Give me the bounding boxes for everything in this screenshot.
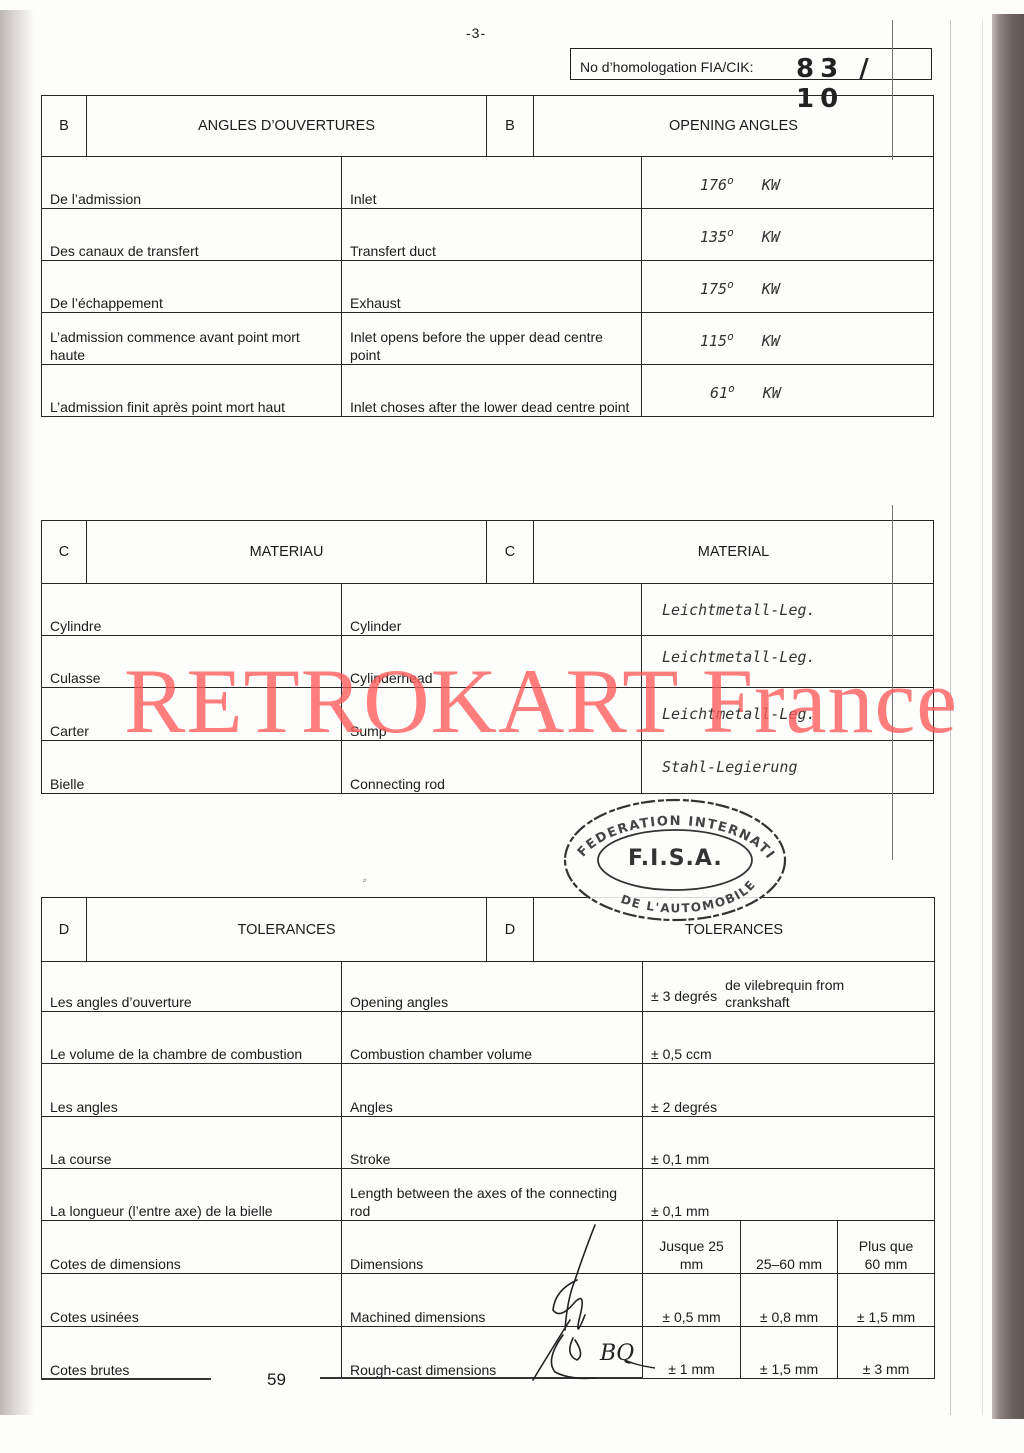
- table-row: De l’échappement Exhaust 175oKW: [42, 261, 934, 313]
- row-label-fr: De l’échappement: [42, 261, 342, 313]
- section-title-en: MATERIAL: [534, 521, 934, 584]
- row-label-en: Stroke: [342, 1117, 643, 1169]
- row-label-en: Inlet opens before the upper dead centre…: [342, 313, 642, 365]
- table-row: La longueur (l’entre axe) de la bielle L…: [42, 1169, 935, 1221]
- row-value: Leichtmetall-Leg.: [642, 584, 934, 636]
- row-label-fr: L’admission commence avant point mort ha…: [42, 313, 342, 365]
- table-row: Culasse Cylinderhead Leichtmetall-Leg.: [42, 636, 934, 688]
- row-value: Leichtmetall-Leg.: [642, 688, 934, 741]
- row-label-en: Exhaust: [342, 261, 642, 313]
- dimension-value: ± 3 mm: [838, 1327, 935, 1379]
- row-value: ± 0,5 ccm: [643, 1012, 935, 1064]
- row-label-fr: Les angles d’ouverture: [42, 962, 342, 1012]
- section-letter: B: [487, 96, 534, 157]
- dimensions-header-row: Cotes de dimensions Dimensions Jusque 25…: [42, 1221, 935, 1274]
- row-label-fr: Cotes usinées: [42, 1274, 342, 1327]
- section-d-tolerances: D TOLERANCES D TOLERANCES Les angles d’o…: [41, 897, 935, 1379]
- homologation-label: No d’homologation FIA/CIK:: [580, 59, 754, 75]
- row-label-fr: Des canaux de transfert: [42, 209, 342, 261]
- signature-icon: BQ: [515, 1220, 665, 1390]
- scan-left-shadow: [0, 10, 34, 1415]
- table-row: La course Stroke ± 0,1 mm: [42, 1117, 935, 1169]
- scan-mark-line: [892, 20, 893, 160]
- table-row: Des canaux de transfert Transfert duct 1…: [42, 209, 934, 261]
- section-letter: C: [42, 521, 87, 584]
- row-label-fr: Carter: [42, 688, 342, 741]
- row-value: ± 3 degrés de vilebrequin from crankshaf…: [643, 962, 935, 1012]
- section-letter: C: [487, 521, 534, 584]
- row-label-en: Inlet: [342, 157, 642, 209]
- row-label-fr: L’admission finit après point mort haut: [42, 365, 342, 417]
- section-title-en: OPENING ANGLES: [534, 96, 934, 157]
- row-label-fr: La longueur (l’entre axe) de la bielle: [42, 1169, 342, 1221]
- dimension-column-header: Plus que 60 mm: [838, 1221, 935, 1274]
- row-label-en: Inlet choses after the lower dead centre…: [342, 365, 642, 417]
- page-number: -3-: [466, 25, 486, 41]
- row-label-en: Connecting rod: [342, 741, 642, 794]
- scan-speck: ⸗: [363, 875, 366, 886]
- scan-fold-line: [950, 20, 951, 1415]
- footer-page-number: 59: [267, 1370, 286, 1390]
- row-value: ± 0,1 mm: [643, 1117, 935, 1169]
- scan-fold-line: [982, 20, 983, 1415]
- row-label-fr: Cotes brutes: [42, 1327, 342, 1379]
- dimension-value: ± 1,5 mm: [741, 1327, 838, 1379]
- table-row: L’admission finit après point mort haut …: [42, 365, 934, 417]
- section-title-fr: ANGLES D’OUVERTURES: [87, 96, 487, 157]
- row-value: Leichtmetall-Leg.: [642, 636, 934, 688]
- table-row: Cylindre Cylinder Leichtmetall-Leg.: [42, 584, 934, 636]
- row-label-en: Cylinderhead: [342, 636, 642, 688]
- row-label-en: Combustion chamber volume: [342, 1012, 643, 1064]
- row-label-en: Cylinder: [342, 584, 642, 636]
- table-row: L’admission commence avant point mort ha…: [42, 313, 934, 365]
- row-label-fr: Cotes de dimensions: [42, 1221, 342, 1274]
- section-b-opening-angles: B ANGLES D’OUVERTURES B OPENING ANGLES D…: [41, 95, 934, 417]
- row-value: 175oKW: [642, 261, 934, 313]
- row-label-en: Length between the axes of the connectin…: [342, 1169, 643, 1221]
- row-label-fr: De l’admission: [42, 157, 342, 209]
- row-label-fr: Le volume de la chambre de combustion: [42, 1012, 342, 1064]
- row-value: 135oKW: [642, 209, 934, 261]
- row-value: ± 2 degrés: [643, 1064, 935, 1117]
- table-row: Carter Sump Leichtmetall-Leg.: [42, 688, 934, 741]
- section-c-material: C MATERIAU C MATERIAL Cylindre Cylinder …: [41, 520, 934, 794]
- row-value: ± 0,1 mm: [643, 1169, 935, 1221]
- row-value: 176oKW: [642, 157, 934, 209]
- row-label-en: Sump: [342, 688, 642, 741]
- homologation-box: No d’homologation FIA/CIK: 83 / 10: [570, 48, 932, 80]
- row-label-fr: Bielle: [42, 741, 342, 794]
- row-label-en: Transfert duct: [342, 209, 642, 261]
- footer-rule: [41, 1378, 211, 1380]
- tolerance-value: ± 3 degrés: [651, 987, 717, 1011]
- row-label-fr: Les angles: [42, 1064, 342, 1117]
- row-label-fr: Culasse: [42, 636, 342, 688]
- row-label-fr: La course: [42, 1117, 342, 1169]
- table-row: Les angles Angles ± 2 degrés: [42, 1064, 935, 1117]
- row-value: 61oKW: [642, 365, 934, 417]
- table-row: Cotes usinées Machined dimensions ± 0,5 …: [42, 1274, 935, 1327]
- section-letter: B: [42, 96, 87, 157]
- table-row: De l’admission Inlet 176oKW: [42, 157, 934, 209]
- scan-mark-line: [892, 505, 893, 860]
- section-title-fr: TOLERANCES: [87, 898, 487, 962]
- table-row: Les angles d’ouverture Opening angles ± …: [42, 962, 935, 1012]
- section-letter: D: [487, 898, 534, 962]
- row-value: Stahl-Legierung: [642, 741, 934, 794]
- table-row: Cotes brutes Rough-cast dimensions ± 1 m…: [42, 1327, 935, 1379]
- dimension-value: ± 0,8 mm: [741, 1274, 838, 1327]
- tolerance-note: de vilebrequin from crankshaft: [725, 977, 845, 1011]
- dimension-column-header: 25–60 mm: [741, 1221, 838, 1274]
- section-title-fr: MATERIAU: [87, 521, 487, 584]
- row-label-en: Angles: [342, 1064, 643, 1117]
- section-letter: D: [42, 898, 87, 962]
- table-row: Bielle Connecting rod Stahl-Legierung: [42, 741, 934, 794]
- row-label-fr: Cylindre: [42, 584, 342, 636]
- row-label-en: Opening angles: [342, 962, 643, 1012]
- row-value: 115oKW: [642, 313, 934, 365]
- scan-binding-edge: [992, 14, 1024, 1419]
- table-row: Le volume de la chambre de combustion Co…: [42, 1012, 935, 1064]
- dimension-value: ± 1,5 mm: [838, 1274, 935, 1327]
- stamp-center-text: F.I.S.A.: [628, 846, 723, 871]
